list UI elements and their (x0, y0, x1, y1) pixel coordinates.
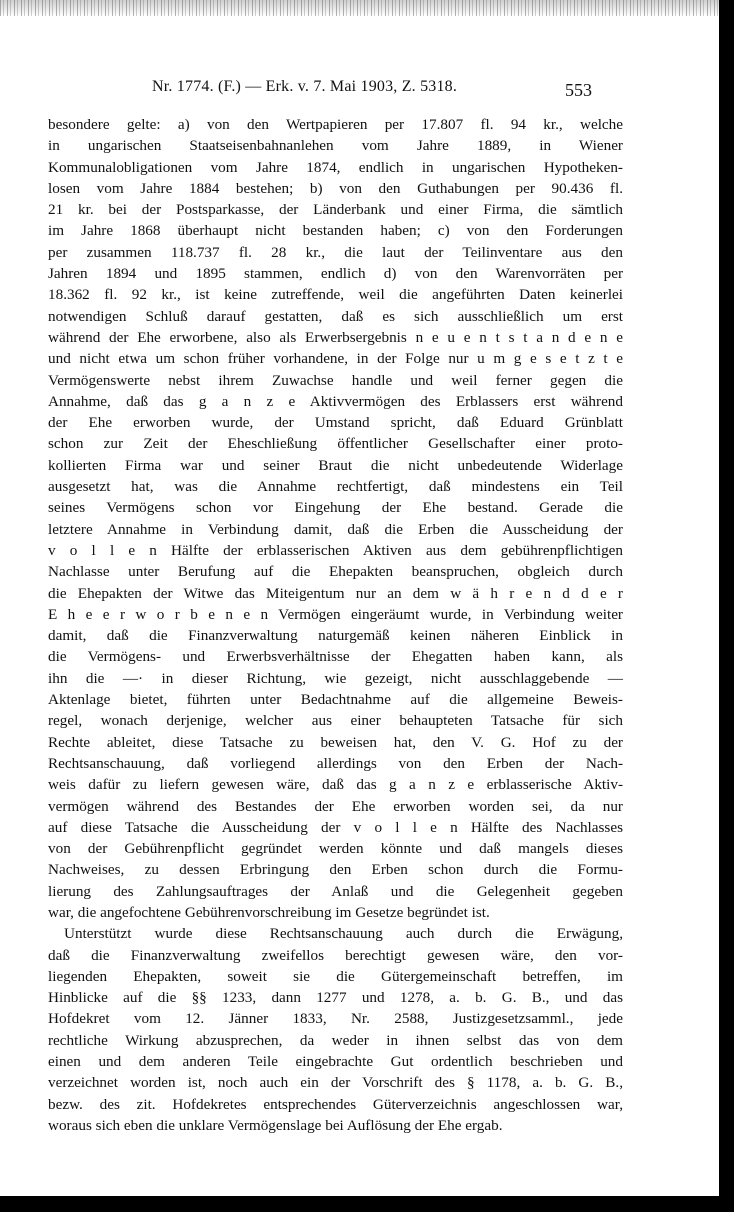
text-line: ausgesetzt hat, was die Annahme rechtfer… (48, 476, 623, 497)
text-line: v o l l e n Hälfte der erblasserischen A… (48, 540, 623, 561)
running-header: Nr. 1774. (F.) — Erk. v. 7. Mai 1903, Z.… (0, 76, 719, 100)
text-line: während der Ehe erworbene, also als Erwe… (48, 327, 623, 348)
scan-noise-top (0, 0, 719, 16)
text-line: damit, daß die Finanzverwaltung naturgem… (48, 625, 623, 646)
text-line: notwendigen Schluß darauf gestatten, daß… (48, 306, 623, 327)
text-line: Nachweises, zu dessen Erbringung den Erb… (48, 859, 623, 880)
text-line: daß die Finanzverwaltung zweifellos bere… (48, 945, 623, 966)
page-number: 553 (565, 80, 592, 101)
text-line: auf diese Tatsache die Ausscheidung der … (48, 817, 623, 838)
text-line: besondere gelte: a) von den Wertpapieren… (48, 114, 623, 135)
text-line: Nachlasse unter Berufung auf die Ehepakt… (48, 561, 623, 582)
text-line: und nicht etwa um schon früher vorhanden… (48, 348, 623, 369)
text-line: der Ehe erworben wurde, der Umstand spri… (48, 412, 623, 433)
text-line: 18.362 fl. 92 kr., ist keine zutreffende… (48, 284, 623, 305)
text-line: kollierten Firma war und seiner Braut di… (48, 455, 623, 476)
text-line: Vermögenswerte nebst ihrem Zuwachse hand… (48, 370, 623, 391)
text-line: Rechtsanschauung, daß vorliegend allerdi… (48, 753, 623, 774)
text-line: liegenden Ehepakten, soweit sie die Güte… (48, 966, 623, 987)
text-line: von der Gebührenpflicht gegründet werden… (48, 838, 623, 859)
text-line: regel, wonach derjenige, welcher aus ein… (48, 710, 623, 731)
text-line: letztere Annahme in Verbindung damit, da… (48, 519, 623, 540)
text-line: vermögen während des Bestandes der Ehe e… (48, 796, 623, 817)
text-line: schon zur Zeit der Eheschließung öffentl… (48, 433, 623, 454)
scan-border-right (719, 0, 734, 1212)
text-line: die Vermögens- und Erwerbsverhältnisse d… (48, 646, 623, 667)
text-line: Jahren 1894 und 1895 stammen, endlich d)… (48, 263, 623, 284)
text-line: einen und dem anderen Teile eingebrachte… (48, 1051, 623, 1072)
text-line: losen vom Jahre 1884 bestehen; b) von de… (48, 178, 623, 199)
text-line: im Jahre 1868 überhaupt nicht bestanden … (48, 220, 623, 241)
text-line: war, die angefochtene Gebührenvorschreib… (48, 902, 623, 923)
text-line: in ungarischen Staatseisenbahnanlehen vo… (48, 135, 623, 156)
text-line: ihn die —· in dieser Richtung, wie gezei… (48, 668, 623, 689)
text-line: Aktenlage bietet, führten unter Bedachtn… (48, 689, 623, 710)
text-line: Rechte ableitet, diese Tatsache zu bewei… (48, 732, 623, 753)
text-line: die Ehepakten der Witwe das Miteigentum … (48, 583, 623, 604)
text-line: 21 kr. bei der Postsparkasse, der Länder… (48, 199, 623, 220)
text-line: Hinblicke auf die §§ 1233, dann 1277 und… (48, 987, 623, 1008)
text-line: lierung des Zahlungsauftrages der Anlaß … (48, 881, 623, 902)
text-line: E h e e r w o r b e n e n Vermögen einge… (48, 604, 623, 625)
text-line: seines Vermögens schon vor Eingehung der… (48, 497, 623, 518)
text-line: Kommunalobligationen vom Jahre 1874, end… (48, 157, 623, 178)
text-line: woraus sich eben die unklare Vermögensla… (48, 1115, 623, 1136)
text-line: Hofdekret vom 12. Jänner 1833, Nr. 2588,… (48, 1008, 623, 1029)
text-line: per zusammen 118.737 fl. 28 kr., die lau… (48, 242, 623, 263)
scan-border-bottom (0, 1196, 734, 1212)
body-text: besondere gelte: a) von den Wertpapieren… (48, 114, 623, 1136)
text-line: rechtliche Wirkung abzusprechen, da wede… (48, 1030, 623, 1051)
text-line: bezw. des zit. Hofdekretes entsprechende… (48, 1094, 623, 1115)
header-title: Nr. 1774. (F.) — Erk. v. 7. Mai 1903, Z.… (152, 78, 457, 96)
text-line: Annahme, daß das g a n z e Aktivvermögen… (48, 391, 623, 412)
text-line: weis dafür zu liefern gewesen wäre, daß … (48, 774, 623, 795)
text-line: Unterstützt wurde diese Rechtsanschauung… (48, 923, 623, 944)
text-line: verzeichnet worden ist, noch auch ein de… (48, 1072, 623, 1093)
